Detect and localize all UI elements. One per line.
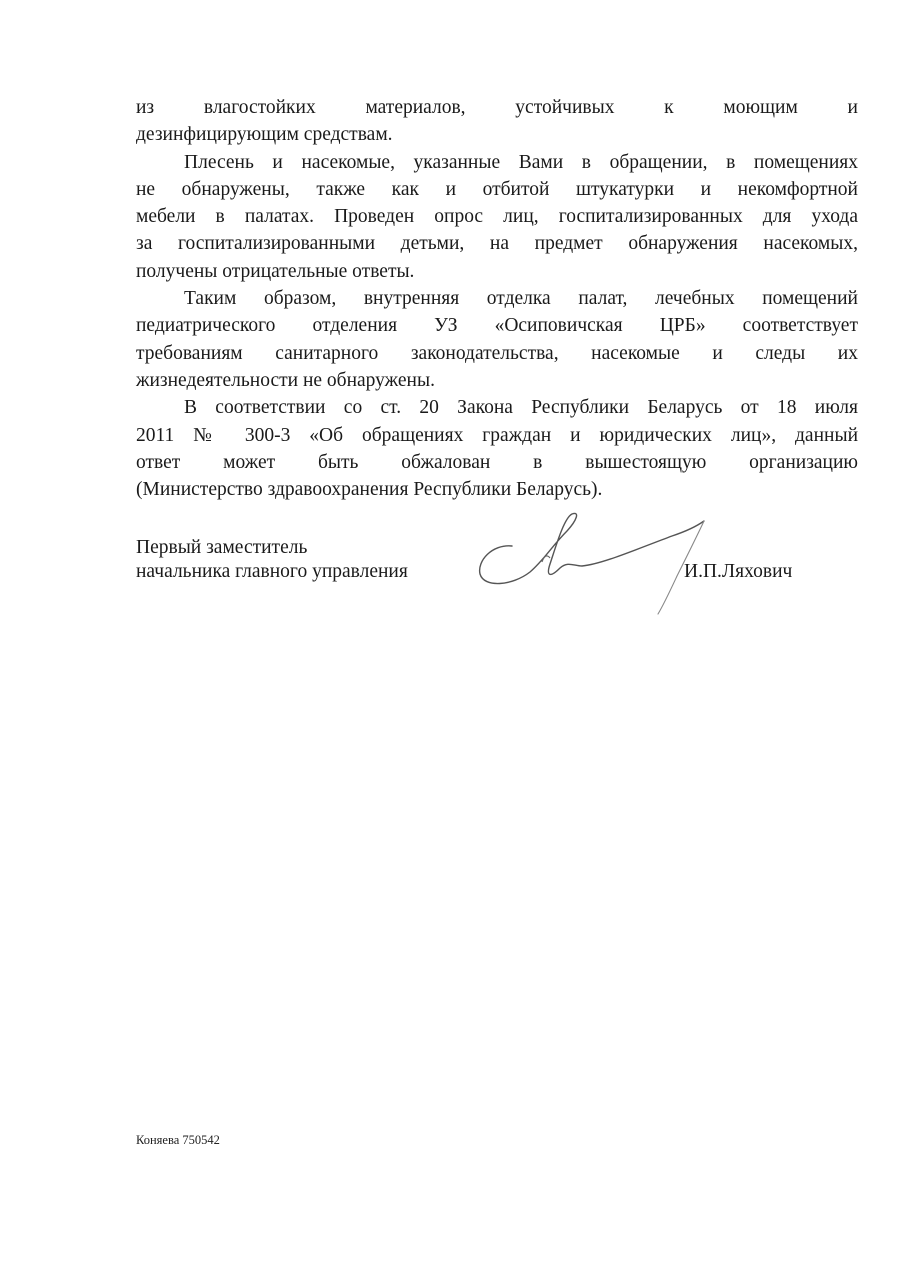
text-line: не обнаружены, также как и отбитой штука…	[136, 176, 858, 203]
text-line: мебели в палатах. Проведен опрос лиц, го…	[136, 203, 858, 230]
text-line: жизнедеятельности не обнаружены.	[136, 367, 858, 394]
paragraph-conclusion: Таким образом, внутренняя отделка палат,…	[136, 285, 858, 394]
text-line: Плесень и насекомые, указанные Вами в об…	[136, 149, 858, 176]
text-line: Таким образом, внутренняя отделка палат,…	[136, 285, 858, 312]
text-line: за госпитализированными детьми, на предм…	[136, 230, 858, 257]
letter-body: из влагостойких материалов, устойчивых к…	[136, 94, 858, 503]
text-line: из влагостойких материалов, устойчивых к…	[136, 94, 858, 121]
paragraph-washable-materials: из влагостойких материалов, устойчивых к…	[136, 94, 858, 149]
text-line: В соответствии со ст. 20 Закона Республи…	[136, 394, 858, 421]
executor-contact: Коняева 750542	[136, 1132, 220, 1148]
text-line: ответ может быть обжалован в вышестоящую…	[136, 449, 858, 476]
signature-block: Первый заместитель начальника главного у…	[136, 536, 858, 584]
text-line: (Министерство здравоохранения Республики…	[136, 476, 858, 503]
document-page: из влагостойких материалов, устойчивых к…	[0, 0, 908, 1280]
text-line: 2011 № 300-3 «Об обращениях граждан и юр…	[136, 422, 858, 449]
text-line: дезинфицирующим средствам.	[136, 121, 858, 148]
signer-name: И.П.Ляхович	[684, 560, 792, 584]
paragraph-appeal-rights: В соответствии со ст. 20 Закона Республи…	[136, 394, 858, 503]
text-line: требованиям санитарного законодательства…	[136, 340, 858, 367]
text-line: получены отрицательные ответы.	[136, 258, 858, 285]
paragraph-mold-insects: Плесень и насекомые, указанные Вами в об…	[136, 149, 858, 285]
text-line: педиатрического отделения УЗ «Осиповичск…	[136, 312, 858, 339]
